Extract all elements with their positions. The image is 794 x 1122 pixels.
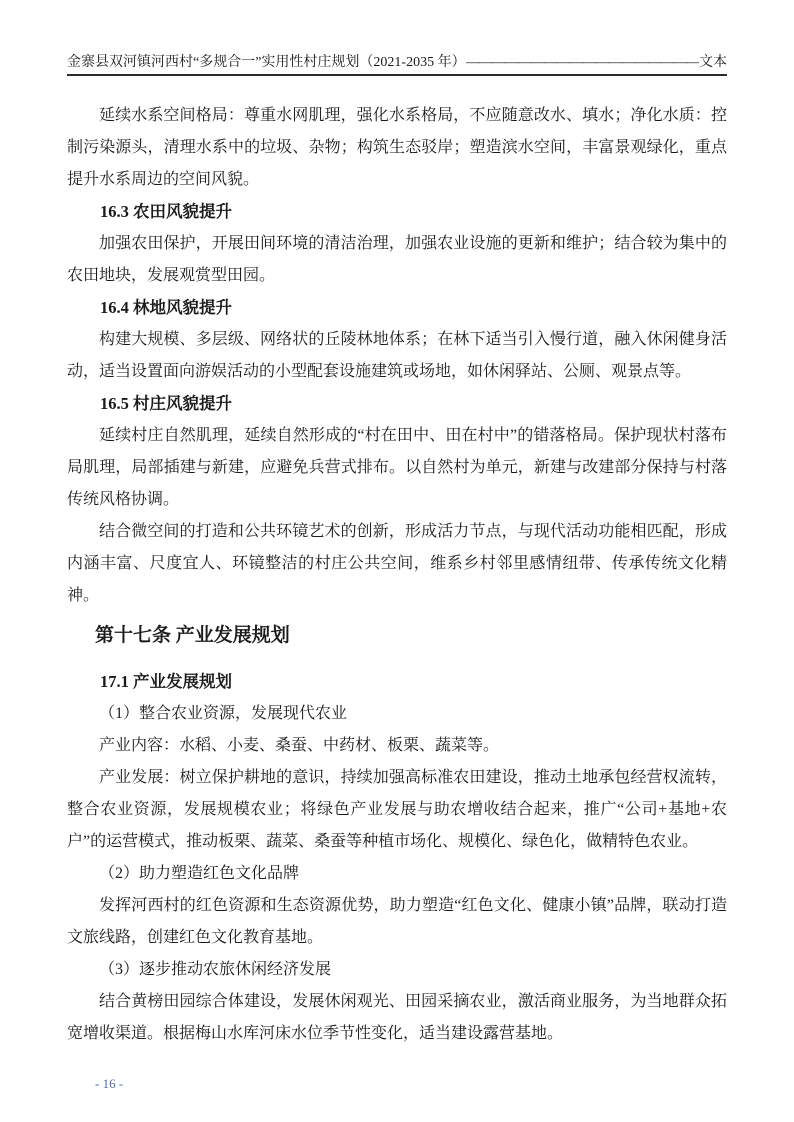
para-item-3-agritourism: （3）逐步推动农旅休闲经济发展 — [67, 954, 727, 986]
para-forest-improvement: 构建大规模、多层级、网络状的丘陵林地体系；在林下适当引入慢行道，融入休闲健身活动… — [67, 324, 727, 388]
para-item-1-modern-agriculture: （1）整合农业资源，发展现代农业 — [67, 698, 727, 730]
heading-17-1-industry: 17.1 产业发展规划 — [67, 666, 727, 698]
document-page: 金寨县双河镇河西村“多规合一”实用性村庄规划（2021-2035 年） ————… — [0, 0, 794, 1122]
header-title: 金寨县双河镇河西村“多规合一”实用性村庄规划（2021-2035 年） — [67, 54, 466, 72]
para-water-system: 延续水系空间格局：尊重水网肌理，强化水系格局，不应随意改水、填水；净化水质：控制… — [67, 100, 727, 196]
para-red-culture-detail: 发挥河西村的红色资源和生态资源优势，助力塑造“红色文化、健康小镇”品牌，联动打造… — [67, 890, 727, 954]
para-industry-development: 产业发展：树立保护耕地的意识，持续加强高标准农田建设，推动土地承包经营权流转，整… — [67, 762, 727, 858]
heading-16-4-forest: 16.4 林地风貌提升 — [67, 292, 727, 324]
header-doc-type-label: 文本 — [699, 54, 727, 72]
document-body: 延续水系空间格局：尊重水网肌理，强化水系格局，不应随意改水、填水；净化水质：控制… — [67, 100, 727, 1050]
heading-article-17: 第十七条 产业发展规划 — [67, 616, 727, 656]
page-number: - 16 - — [95, 1076, 123, 1091]
header-dash-fill: —————————————————— — [466, 54, 699, 72]
para-item-2-red-culture-brand: （2）助力塑造红色文化品牌 — [67, 858, 727, 890]
para-micro-space: 结合微空间的打造和公共环镜艺术的创新，形成活力节点，与现代活动功能相匹配，形成内… — [67, 516, 727, 612]
para-village-fabric: 延续村庄自然肌理，延续自然形成的“村在田中、田在村中”的错落格局。保护现状村落布… — [67, 420, 727, 516]
heading-16-3-farmland: 16.3 农田风貌提升 — [67, 196, 727, 228]
heading-16-5-village: 16.5 村庄风貌提升 — [67, 388, 727, 420]
page-footer: - 16 - — [67, 1074, 727, 1094]
para-agritourism-detail: 结合黄榜田园综合体建设，发展休闲观光、田园采摘农业，激活商业服务，为当地群众拓宽… — [67, 986, 727, 1050]
para-industry-content: 产业内容：水稻、小麦、桑蚕、中药材、板栗、蔬菜等。 — [67, 730, 727, 762]
page-header: 金寨县双河镇河西村“多规合一”实用性村庄规划（2021-2035 年） ————… — [67, 54, 727, 76]
para-farmland-improvement: 加强农田保护，开展田间环境的清洁治理，加强农业设施的更新和维护；结合较为集中的农… — [67, 228, 727, 292]
